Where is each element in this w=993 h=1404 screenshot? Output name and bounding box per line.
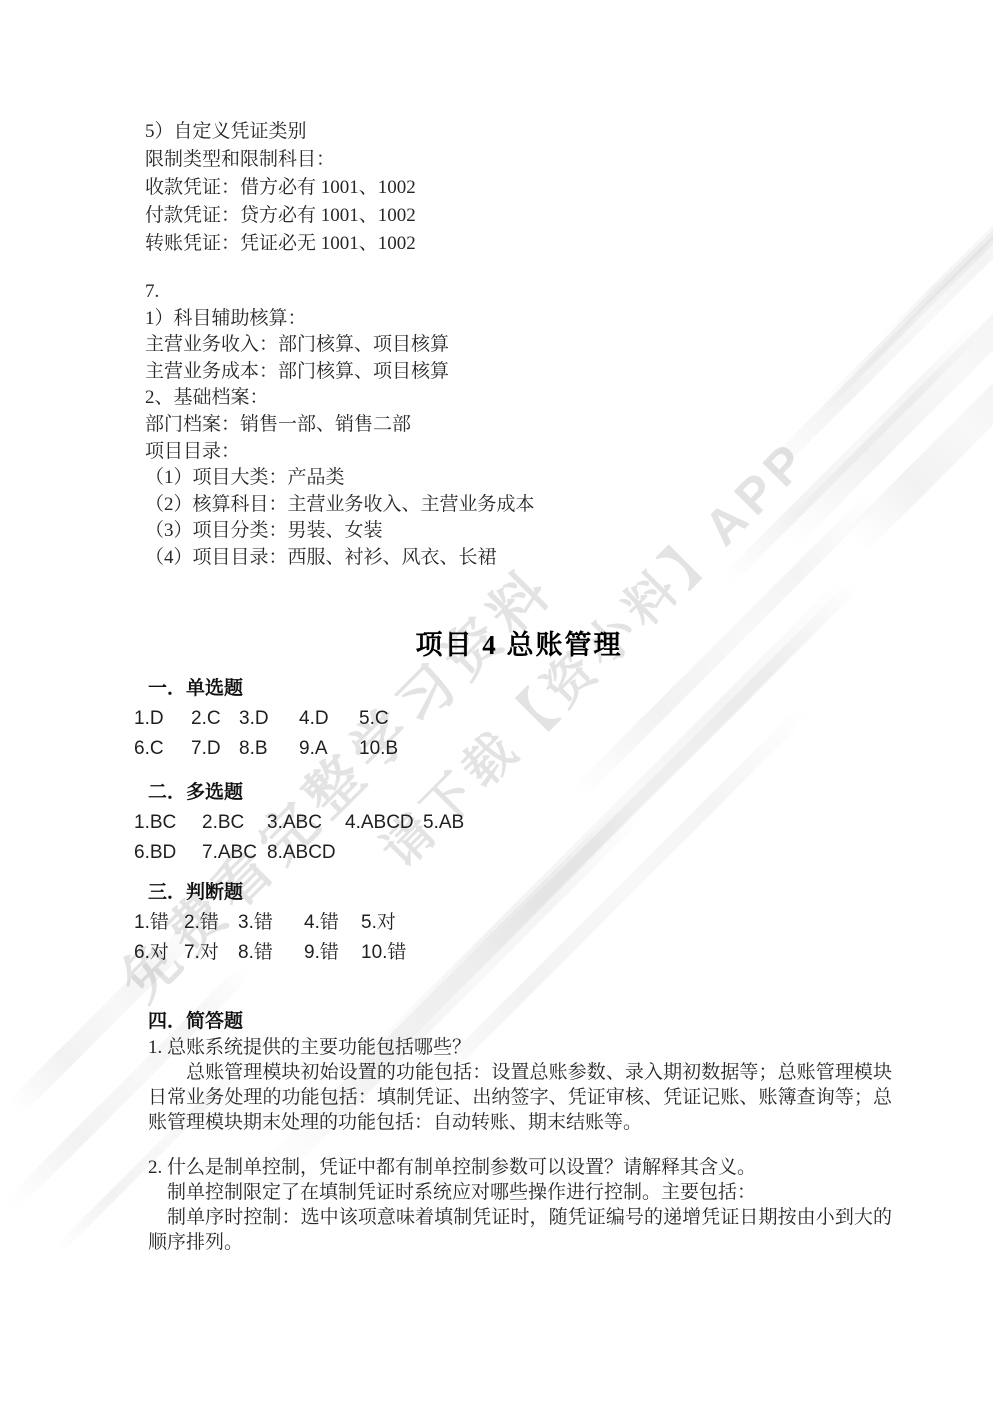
text-line: 项目目录： bbox=[145, 439, 535, 466]
text-line: 5）自定义凭证类别 bbox=[145, 118, 416, 146]
answer-cell: 7.D bbox=[191, 734, 239, 764]
answer-cell: 4.D bbox=[299, 704, 359, 734]
text-line: （4）项目目录：西服、衬衫、风衣、长裙 bbox=[145, 545, 535, 572]
text-line: 转账凭证：凭证必无 1001、1002 bbox=[145, 230, 416, 258]
section-true-false: 三．判断题 1.错2.错3.错4.错5.对 6.对7.对8.错9.错10.错 bbox=[134, 880, 834, 968]
answer-2-part-1: 制单控制限定了在填制凭证时系统应对哪些操作进行控制。主要包括： bbox=[148, 1180, 892, 1205]
brush-streak bbox=[720, 323, 984, 587]
answer-cell: 2.C bbox=[191, 704, 239, 734]
answer-cell: 5.对 bbox=[361, 908, 396, 938]
item7-block: 7.1）科目辅助核算：主营业务收入：部门核算、项目核算主营业务成本：部门核算、项… bbox=[145, 279, 535, 572]
answer-cell: 8.错 bbox=[238, 938, 304, 968]
text-line: 主营业务成本：部门核算、项目核算 bbox=[145, 359, 535, 386]
answer-cell: 8.B bbox=[239, 734, 299, 764]
chapter-heading: 项目 4 总账管理 bbox=[148, 623, 890, 662]
voucher-category-block: 5）自定义凭证类别限制类型和限制科目：收款凭证：借方必有 1001、1002付款… bbox=[145, 118, 416, 258]
answer-cell: 5.C bbox=[359, 704, 389, 734]
answer-cell: 6.C bbox=[134, 734, 191, 764]
answer-cell: 2.BC bbox=[202, 808, 267, 838]
brush-streak bbox=[756, 176, 993, 484]
text-line: （2）核算科目：主营业务收入、主营业务成本 bbox=[145, 492, 535, 519]
answer-cell: 6.对 bbox=[134, 938, 184, 968]
answer-cell: 3.ABC bbox=[267, 808, 345, 838]
answer-cell: 4.错 bbox=[304, 908, 361, 938]
text-line: 付款凭证：贷方必有 1001、1002 bbox=[145, 202, 416, 230]
section-single-choice: 一．单选题 1.D2.C3.D4.D5.C 6.C7.D8.B9.A10.B bbox=[134, 676, 834, 764]
text-line: 2、基础档案： bbox=[145, 385, 535, 412]
answer-cell: 9.错 bbox=[304, 938, 361, 968]
text-line: 主营业务收入：部门核算、项目核算 bbox=[145, 332, 535, 359]
text-line: （3）项目分类：男装、女装 bbox=[145, 518, 535, 545]
brush-streak bbox=[844, 327, 993, 553]
answer-cell: 2.错 bbox=[184, 908, 238, 938]
section-title: 四．简答题 bbox=[148, 1010, 892, 1034]
answer-row: 6.C7.D8.B9.A10.B bbox=[134, 734, 834, 764]
document-page: 免费看完整学习资料 请下载【资小料】APP 5）自定义凭证类别限制类型和限制科目… bbox=[0, 0, 993, 1404]
brush-streak bbox=[775, 220, 993, 550]
answer-row: 6.对7.对8.错9.错10.错 bbox=[134, 938, 834, 968]
answer-row: 1.BC2.BC3.ABC4.ABCD5.AB bbox=[134, 808, 834, 838]
brush-streak bbox=[820, 190, 993, 409]
answer-1: 总账管理模块初始设置的功能包括：设置总账参数、录入期初数据等；总账管理模块日常业… bbox=[148, 1060, 892, 1135]
text-line: 7. bbox=[145, 279, 535, 306]
answer-cell: 1.错 bbox=[134, 908, 184, 938]
answer-cell: 1.BC bbox=[134, 808, 202, 838]
answer-cell: 9.A bbox=[299, 734, 359, 764]
answer-cell: 7.ABC bbox=[202, 838, 267, 868]
text-line: （1）项目大类：产品类 bbox=[145, 465, 535, 492]
text-line: 收款凭证：借方必有 1001、1002 bbox=[145, 174, 416, 202]
answer-cell: 10.B bbox=[359, 734, 398, 764]
answer-cell: 5.AB bbox=[423, 808, 464, 838]
brush-streak bbox=[880, 155, 993, 346]
answer-cell: 6.BD bbox=[134, 838, 202, 868]
section-title: 三．判断题 bbox=[148, 880, 834, 906]
question-1: 1. 总账系统提供的主要功能包括哪些？ bbox=[148, 1035, 892, 1060]
section-multiple-choice: 二．多选题 1.BC2.BC3.ABC4.ABCD5.AB 6.BD7.ABC8… bbox=[134, 780, 834, 868]
answer-row: 1.错2.错3.错4.错5.对 bbox=[134, 908, 834, 938]
answer-2-part-2: 制单序时控制：选中该项意味着填制凭证时，随凭证编号的递增凭证日期按由小到大的顺序… bbox=[148, 1205, 892, 1255]
text-line: 部门档案：销售一部、销售二部 bbox=[145, 412, 535, 439]
text-line: 1）科目辅助核算： bbox=[145, 306, 535, 333]
text-line: 限制类型和限制科目： bbox=[145, 146, 416, 174]
section-short-answer: 四．简答题 1. 总账系统提供的主要功能包括哪些？ 总账管理模块初始设置的功能包… bbox=[148, 1010, 892, 1255]
section-title: 二．多选题 bbox=[148, 780, 834, 806]
answer-cell: 4.ABCD bbox=[345, 808, 423, 838]
answer-cell: 7.对 bbox=[184, 938, 238, 968]
answer-row: 1.D2.C3.D4.D5.C bbox=[134, 704, 834, 734]
question-2: 2. 什么是制单控制，凭证中都有制单控制参数可以设置？请解释其含义。 bbox=[148, 1155, 892, 1180]
answer-cell: 10.错 bbox=[361, 938, 406, 968]
answer-cell: 3.错 bbox=[238, 908, 304, 938]
answer-cell: 1.D bbox=[134, 704, 191, 734]
answer-row: 6.BD7.ABC8.ABCD bbox=[134, 838, 834, 868]
section-title: 一．单选题 bbox=[148, 676, 834, 702]
answer-cell: 3.D bbox=[239, 704, 299, 734]
answer-cell: 8.ABCD bbox=[267, 838, 345, 868]
